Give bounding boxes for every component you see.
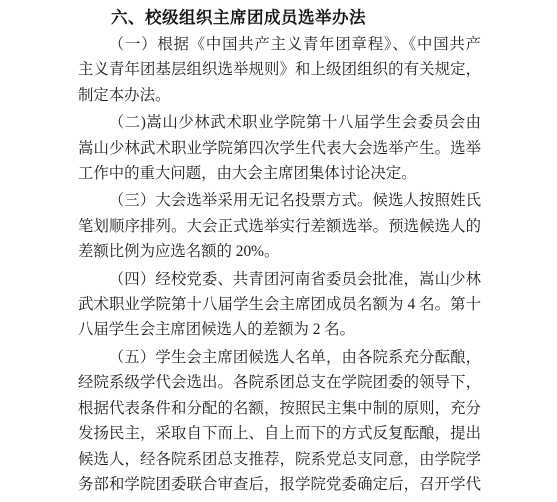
text-line: 笔划顺序排列。大会正式选举实行差额选举。预选候选人的: [78, 214, 481, 239]
paragraph-2: （二)嵩山少林武术职业学院第十八届学生会委员会由 嵩山少林武术职业学院第四次学生…: [78, 110, 481, 186]
text-line: （二)嵩山少林武术职业学院第十八届学生会委员会由: [78, 110, 481, 135]
text-line: 根据代表条件和分配的名额，按照民主集中制的原则，充分: [78, 396, 481, 421]
text-line: 武术职业学院第十八届学生会主席团成员名额为 4 名。第十: [78, 292, 481, 317]
text-line: 经院系级学代会选出。各院系团总支在学院团委的领导下，: [78, 370, 481, 395]
text-line: 候选人，经各院系团总支推荐，院系党总支同意，由学院学: [78, 447, 481, 472]
paragraph-3: （三）大会选举采用无记名投票方式。候选人按照姓氏 笔划顺序排列。大会正式选举实行…: [78, 188, 481, 264]
section-title: 六、校级组织主席团成员选举办法: [78, 5, 481, 31]
text-line: （一）根据《中国共产主义青年团章程》、《中国共产: [78, 32, 481, 57]
text-line: （三）大会选举采用无记名投票方式。候选人按照姓氏: [78, 188, 481, 213]
text-line: 嵩山少林武术职业学院第四次学生代表大会选举产生。选举: [78, 136, 481, 161]
paragraph-4: （四）经校党委、共青团河南省委员会批准，嵩山少林 武术职业学院第十八届学生会主席…: [78, 267, 481, 343]
text-line: （四）经校党委、共青团河南省委员会批准，嵩山少林: [78, 267, 481, 292]
paragraph-5: （五）学生会主席团候选人名单，由各院系充分酝酿， 经院系级学代会选出。各院系团总…: [78, 345, 481, 497]
text-line: 主义青年团基层组织选举规则》和上级团组织的有关规定，: [78, 57, 481, 82]
document-content: 六、校级组织主席团成员选举办法 （一）根据《中国共产主义青年团章程》、《中国共产…: [78, 5, 481, 499]
text-line: 制定本办法。: [78, 83, 481, 108]
paragraph-1: （一）根据《中国共产主义青年团章程》、《中国共产 主义青年团基层组织选举规则》和…: [78, 32, 481, 108]
text-line: 务部和学院团委联合审查后，报学院党委确定后，召开学代: [78, 472, 481, 497]
text-line: 八届学生会主席团候选人的差额为 2 名。: [78, 317, 481, 342]
text-line: 差额比例为应选名额的 20%。: [78, 239, 481, 264]
text-line: （五）学生会主席团候选人名单，由各院系充分酝酿，: [78, 345, 481, 370]
text-line: 发扬民主，采取自下而上、自上而下的方式反复酝酿，提出: [78, 421, 481, 446]
document-page: 六、校级组织主席团成员选举办法 （一）根据《中国共产主义青年团章程》、《中国共产…: [0, 0, 557, 502]
text-line: 工作中的重大问题，由大会主席团集体讨论决定。: [78, 161, 481, 186]
